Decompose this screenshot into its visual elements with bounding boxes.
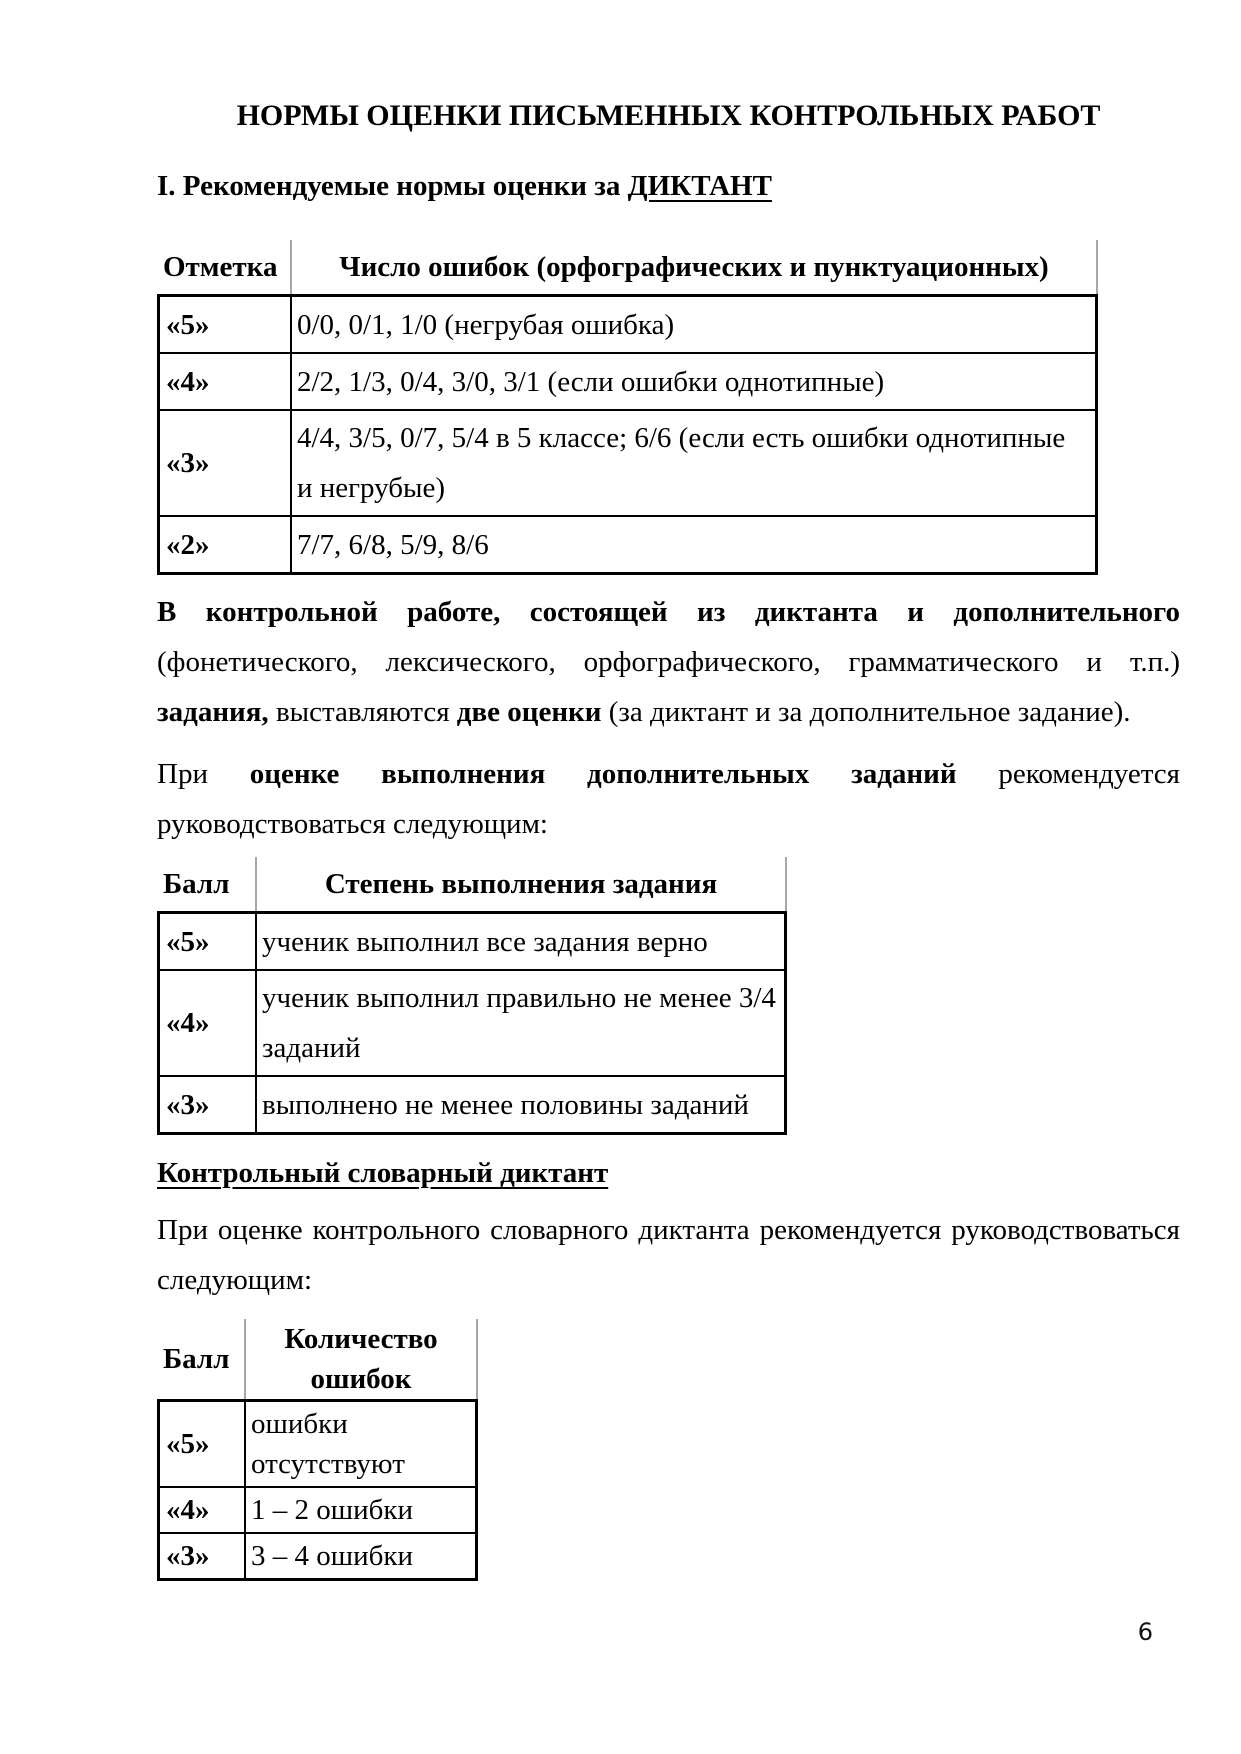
paragraph1-bold-run: В контрольной работе, состоящей из дикта… — [157, 596, 1180, 628]
table1-header-grade: Отметка — [157, 240, 292, 294]
section1-heading: I. Рекомендуемые нормы оценки за ДИКТАНТ — [157, 166, 1180, 206]
section2-heading-text: Контрольный словарный диктант — [157, 1157, 608, 1189]
grade-cell: «5» — [160, 914, 257, 969]
table2-header-degree: Степень выполнения задания — [257, 857, 787, 911]
table-row: «3» выполнено не менее половины заданий — [160, 1077, 784, 1132]
page-number: 6 — [1138, 1618, 1153, 1646]
desc-cell: выполнено не менее половины заданий — [257, 1077, 784, 1132]
grade-cell: «5» — [160, 297, 292, 352]
table3-header-row: Балл Количество ошибок — [157, 1319, 478, 1399]
table-row: «3» 3 – 4 ошибки — [160, 1534, 475, 1578]
table-row: «4» ученик выполнил правильно не менее 3… — [160, 971, 784, 1077]
desc-cell: 3 – 4 ошибки — [246, 1534, 475, 1578]
grade-cell: «2» — [160, 517, 292, 572]
table-row: «5» ученик выполнил все задания верно — [160, 914, 784, 971]
table1-body: «5» 0/0, 0/1, 1/0 (негрубая ошибка) «4» … — [157, 294, 1098, 575]
table2-header-row: Балл Степень выполнения задания — [157, 857, 787, 911]
dictation-grades-table: Отметка Число ошибок (орфографических и … — [157, 240, 1098, 575]
paragraph2-normal-run: При — [157, 758, 250, 790]
table3-body: «5» ошибки отсутствуют «4» 1 – 2 ошибки … — [157, 1399, 478, 1581]
grade-cell: «4» — [160, 354, 292, 409]
desc-cell: 2/2, 1/3, 0/4, 3/0, 3/1 (если ошибки одн… — [292, 354, 1095, 409]
table-row: «4» 2/2, 1/3, 0/4, 3/0, 3/1 (если ошибки… — [160, 354, 1095, 411]
additional-tasks-table: Балл Степень выполнения задания «5» учен… — [157, 857, 787, 1135]
table3-header-errors: Количество ошибок — [246, 1319, 478, 1399]
table2-body: «5» ученик выполнил все задания верно «4… — [157, 911, 787, 1135]
section1-heading-prefix: I. Рекомендуемые нормы оценки за — [157, 170, 628, 202]
document-page: НОРМЫ ОЦЕНКИ ПИСЬМЕННЫХ КОНТРОЛЬНЫХ РАБО… — [0, 0, 1241, 1754]
section2-heading: Контрольный словарный диктант — [157, 1153, 1180, 1193]
grade-cell: «5» — [160, 1402, 246, 1486]
paragraph-two-marks: В контрольной работе, состоящей из дикта… — [157, 587, 1180, 737]
paragraph1-normal-run: (фонетического, лексического, орфографич… — [157, 646, 1180, 678]
grade-cell: «4» — [160, 1488, 246, 1532]
grade-cell: «4» — [160, 971, 257, 1075]
desc-cell: 1 – 2 ошибки — [246, 1488, 475, 1532]
table1-header-row: Отметка Число ошибок (орфографических и … — [157, 240, 1098, 294]
table-row: «4» 1 – 2 ошибки — [160, 1488, 475, 1534]
table3-header-score: Балл — [157, 1319, 246, 1399]
paragraph2-bold-run: оценке выполнения дополнительных заданий — [250, 758, 957, 790]
vocabulary-dictation-table: Балл Количество ошибок «5» ошибки отсутс… — [157, 1319, 478, 1581]
desc-cell: 4/4, 3/5, 0/7, 5/4 в 5 классе; 6/6 (если… — [292, 411, 1095, 515]
desc-cell: 0/0, 0/1, 1/0 (негрубая ошибка) — [292, 297, 1095, 352]
table-row: «5» ошибки отсутствуют — [160, 1402, 475, 1488]
page-title: НОРМЫ ОЦЕНКИ ПИСЬМЕННЫХ КОНТРОЛЬНЫХ РАБО… — [157, 96, 1180, 136]
paragraph-vocabulary-dictation: При оценке контрольного словарного дикта… — [157, 1205, 1180, 1305]
section1-heading-underlined: ДИКТАНТ — [628, 170, 772, 202]
desc-cell: ошибки отсутствуют — [246, 1402, 475, 1486]
grade-cell: «3» — [160, 411, 292, 515]
table2-header-score: Балл — [157, 857, 257, 911]
desc-cell: ученик выполнил правильно не менее 3/4 з… — [257, 971, 784, 1075]
paragraph1-normal-run: выставляются — [269, 696, 457, 728]
table-row: «2» 7/7, 6/8, 5/9, 8/6 — [160, 517, 1095, 572]
table-row: «3» 4/4, 3/5, 0/7, 5/4 в 5 классе; 6/6 (… — [160, 411, 1095, 517]
paragraph1-bold-run: две оценки — [457, 696, 602, 728]
table1-header-errors: Число ошибок (орфографических и пунктуац… — [292, 240, 1098, 294]
paragraph1-normal-run: (за диктант и за дополнительное задание)… — [601, 696, 1130, 728]
paragraph-additional-tasks: При оценке выполнения дополнительных зад… — [157, 749, 1180, 849]
paragraph1-bold-run: задания, — [157, 696, 269, 728]
grade-cell: «3» — [160, 1077, 257, 1132]
desc-cell: 7/7, 6/8, 5/9, 8/6 — [292, 517, 1095, 572]
desc-cell: ученик выполнил все задания верно — [257, 914, 784, 969]
grade-cell: «3» — [160, 1534, 246, 1578]
table-row: «5» 0/0, 0/1, 1/0 (негрубая ошибка) — [160, 297, 1095, 354]
